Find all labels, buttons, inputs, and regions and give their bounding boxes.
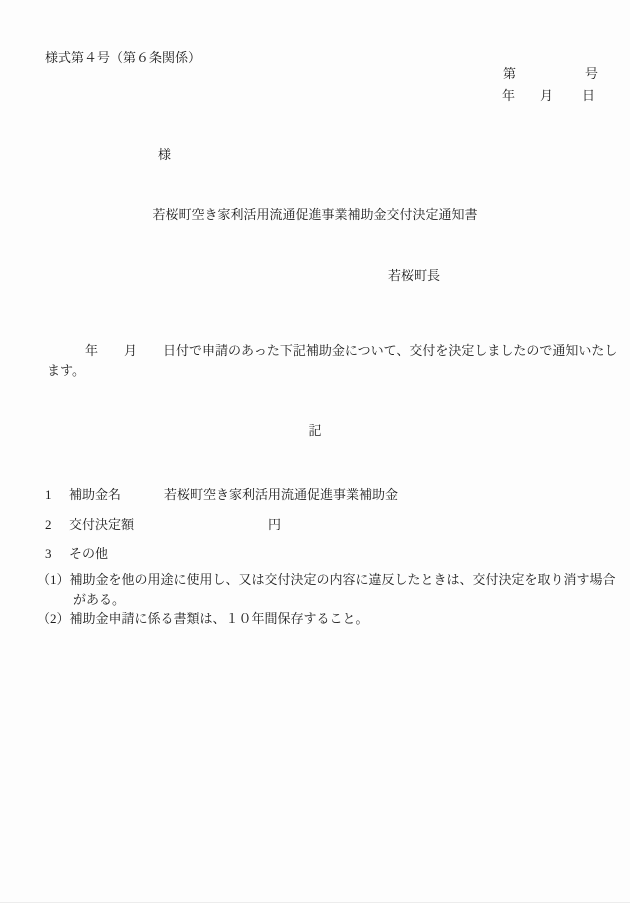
item1-value: 若桜町空き家利活用流通促進事業補助金 [164, 487, 398, 502]
doc-number-suffix: 号 [585, 66, 598, 81]
document-title: 若桜町空き家利活用流通促進事業補助金交付決定通知書 [0, 207, 630, 222]
sender-name: 若桜町長 [388, 268, 440, 283]
note1-line2: がある。 [73, 592, 125, 607]
document-page: 様式第４号（第６条関係） 第 号 年 月 日 様 若桜町空き家利活用流通促進事業… [0, 0, 630, 903]
item2-label: 交付決定額 [69, 517, 134, 532]
item3-number: 3 [45, 546, 52, 561]
date-year-label: 年 [502, 88, 515, 103]
item2-currency-unit: 円 [268, 517, 281, 532]
date-month-label: 月 [540, 88, 553, 103]
list-marker: 記 [0, 423, 630, 438]
body-paragraph-line2: ます。 [47, 363, 85, 378]
doc-number-prefix: 第 [503, 66, 516, 81]
date-day-label: 日 [582, 88, 595, 103]
item1-number: 1 [45, 487, 52, 502]
form-number: 様式第４号（第６条関係） [45, 50, 201, 65]
body-paragraph-line1: 年 月 日付で申請のあった下記補助金について、交付を決定しましたので通知いたし [85, 343, 617, 358]
note1-line1: （1）補助金を他の用途に使用し、又は交付決定の内容に違反したときは、交付決定を取… [37, 572, 616, 587]
item2-number: 2 [45, 517, 52, 532]
addressee-honorific: 様 [158, 147, 171, 162]
note2-line1: （2）補助金申請に係る書類は、１０年間保存すること。 [37, 611, 369, 626]
item1-label: 補助金名 [69, 487, 121, 502]
item3-label: その他 [69, 546, 108, 561]
